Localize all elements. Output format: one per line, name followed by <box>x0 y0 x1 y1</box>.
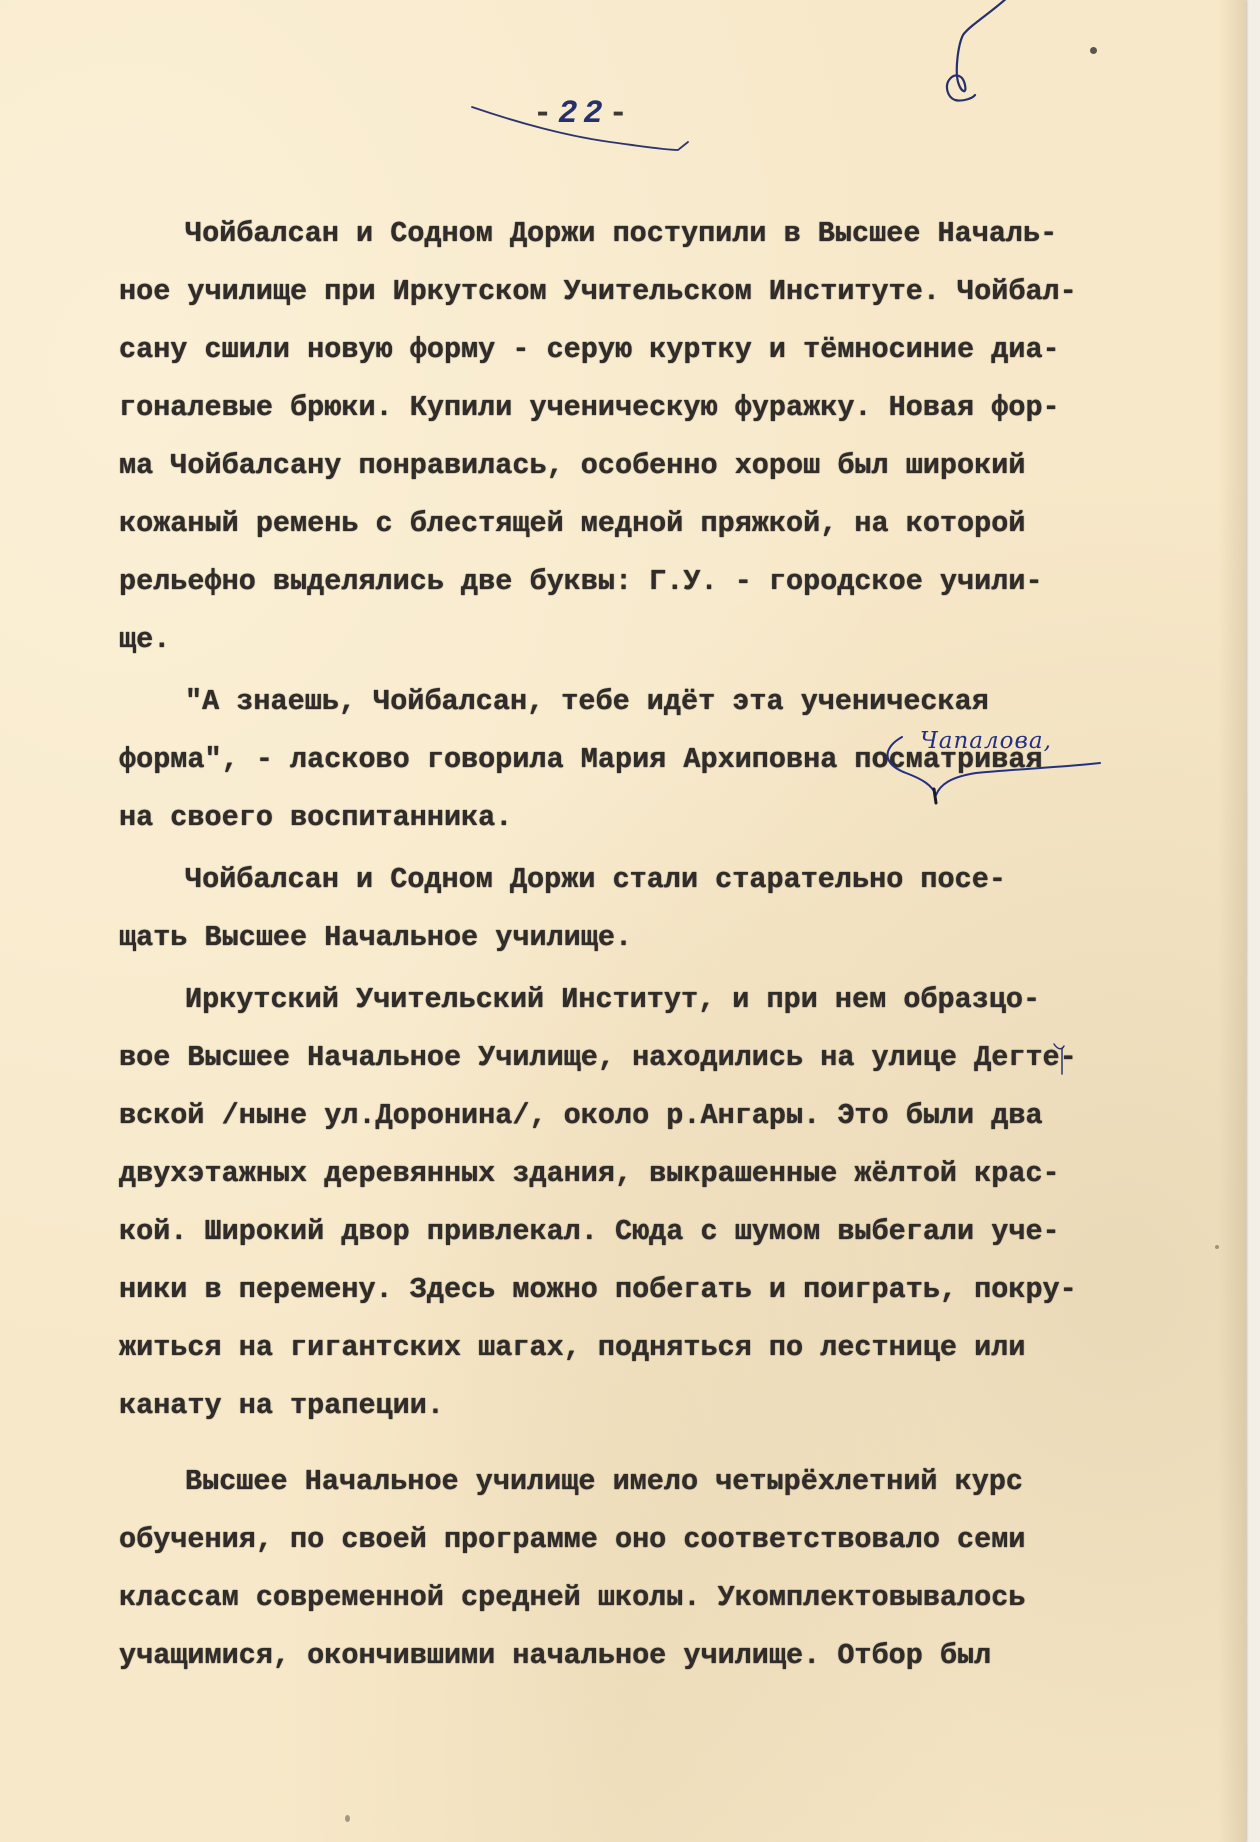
ink-dot <box>1090 47 1097 54</box>
text-line: кожаный ремень с блестящей медной пряжко… <box>119 504 1025 544</box>
ink-correction-mark <box>1050 1040 1070 1080</box>
text-line: Чойбалсан и Содном Доржи поступили в Выс… <box>185 214 1057 254</box>
text-line: Высшее Начальное училище имело четырёхле… <box>185 1462 1023 1502</box>
page-number: -22- <box>533 95 634 132</box>
page-number-digits: 22 <box>558 95 608 132</box>
handwritten-insertion-text: Чапалова, <box>920 728 1052 754</box>
text-line: ма Чойбалсану понравилась, особенно хоро… <box>119 446 1025 486</box>
text-line: кой. Широкий двор привлекал. Сюда с шумо… <box>119 1212 1060 1252</box>
text-line: Чойбалсан и Содном Доржи стали старатель… <box>185 860 1006 900</box>
text-line: обучения, по своей программе оно соответ… <box>119 1520 1025 1560</box>
text-line: гоналевые брюки. Купили ученическую фура… <box>119 388 1060 428</box>
paper-speck <box>345 1815 350 1822</box>
text-line: учащимися, окончившими начальное училище… <box>119 1636 991 1676</box>
handwritten-folio-number <box>925 0 1025 110</box>
text-line: классам современной средней школы. Укомп… <box>119 1578 1025 1618</box>
text-line: на своего воспитанника. <box>119 798 512 838</box>
text-line: двухэтажных деревянных здания, выкрашенн… <box>119 1154 1060 1194</box>
text-line: ники в перемену. Здесь можно побегать и … <box>119 1270 1077 1310</box>
paper-speck <box>760 1475 763 1478</box>
text-line: канату на трапеции. <box>119 1386 444 1426</box>
paper-speck <box>1215 1245 1219 1249</box>
page-number-prefix: - <box>533 95 558 132</box>
text-line: щать Высшее Начальное училище. <box>119 918 632 958</box>
text-line: ное училище при Иркутском Учительском Ин… <box>119 272 1077 312</box>
text-line: житься на гигантских шагах, подняться по… <box>119 1328 1025 1368</box>
text-line: вое Высшее Начальное Училище, находились… <box>119 1038 1077 1078</box>
page-number-suffix: - <box>609 95 634 132</box>
text-line: сану сшили новую форму - серую куртку и … <box>119 330 1060 370</box>
text-line: вской /ныне ул.Доронина/, около р.Ангары… <box>119 1096 1043 1136</box>
text-line: Иркутский Учительский Институт, и при не… <box>185 980 1040 1020</box>
text-line: "А знаешь, Чойбалсан, тебе идёт эта учен… <box>185 682 989 722</box>
document-page: -22- Чойбалсан и Содном Доржи поступили … <box>0 0 1246 1842</box>
text-line: рельефно выделялись две буквы: Г.У. - го… <box>119 562 1043 602</box>
text-line: ще. <box>119 620 170 660</box>
